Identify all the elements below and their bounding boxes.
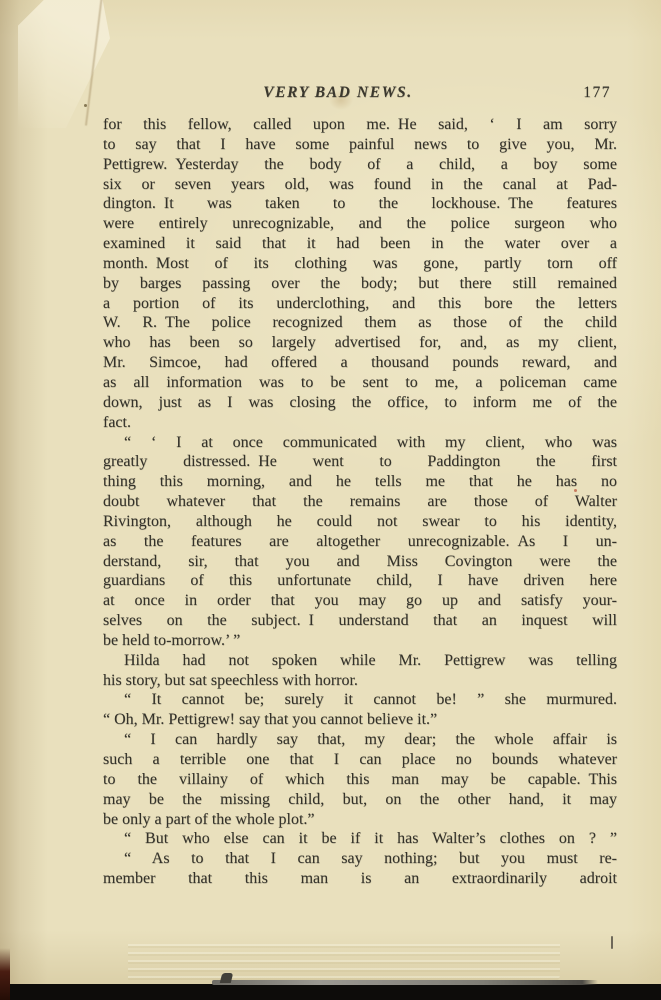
stacked-page-edges (128, 944, 560, 984)
page-header: VERY BAD NEWS. 177 (103, 84, 617, 106)
text-line: were entirely unrecognizable, and the po… (103, 214, 617, 234)
page-crease-line (85, 0, 103, 126)
text-line: Mr. Simcoe, had offered a thousand pound… (103, 353, 617, 373)
text-line: member that this man is an extraordinari… (103, 869, 617, 889)
text-line: may be the missing child, but, on the ot… (103, 790, 617, 810)
text-line: his story, but sat speechless with horro… (103, 671, 617, 691)
text-line: “ Oh, Mr. Pettigrew! say that you cannot… (103, 710, 617, 730)
running-head-title: VERY BAD NEWS. (81, 84, 595, 102)
text-line: to the villainy of which this man may be… (103, 770, 617, 790)
text-line: “ It cannot be; surely it cannot be! ” s… (103, 690, 617, 710)
text-line: W. R. The police recognized them as thos… (103, 313, 617, 333)
text-line: thing this morning, and he tells me that… (103, 472, 617, 492)
text-line: greatly distressed. He went to Paddingto… (103, 452, 617, 472)
text-line: Hilda had not spoken while Mr. Pettigrew… (103, 651, 617, 671)
small-mark (611, 936, 613, 949)
paragraph: Hilda had not spoken while Mr. Pettigrew… (103, 651, 617, 691)
paragraph: “ But who else can it be if it has Walte… (103, 829, 617, 849)
text-line: to say that I have some painful news to … (103, 135, 617, 155)
cover-corner (0, 948, 10, 1000)
text-line: down, just as I was closing the office, … (103, 393, 617, 413)
text-line: a portion of its underclothing, and this… (103, 294, 617, 314)
text-line: as all information was to be sent to me,… (103, 373, 617, 393)
paragraph: “ I can hardly say that, my dear; the wh… (103, 730, 617, 829)
text-line: “ ‘ I at once communicated with my clien… (103, 433, 617, 453)
paragraph: “ It cannot be; surely it cannot be! ” s… (103, 690, 617, 730)
text-line: at once in order that you may go up and … (103, 591, 617, 611)
text-line: selves on the subject. I understand that… (103, 611, 617, 631)
text-line: fact. (103, 413, 617, 433)
text-line: “ But who else can it be if it has Walte… (103, 829, 617, 849)
text-line: for this fellow, called upon me. He said… (103, 115, 617, 135)
text-line: examined it said that it had been in the… (103, 234, 617, 254)
book-edge-band (0, 984, 661, 1000)
paragraph: “ As to that I can say nothing; but you … (103, 849, 617, 889)
text-line: doubt whatever that the remains are thos… (103, 492, 617, 512)
book-edge-highlight (212, 980, 598, 985)
text-line: six or seven years old, was found in the… (103, 175, 617, 195)
paragraph: “ ‘ I at once communicated with my clien… (103, 433, 617, 651)
text-line: Pettigrew. Yesterday the body of a child… (103, 155, 617, 175)
text-line: “ I can hardly say that, my dear; the wh… (103, 730, 617, 750)
text-line: derstand, sir, that you and Miss Covingt… (103, 552, 617, 572)
text-line: as the features are altogether unrecogni… (103, 532, 617, 552)
text-line: be only a part of the whole plot.” (103, 810, 617, 830)
text-line: “ As to that I can say nothing; but you … (103, 849, 617, 869)
page-crease (18, 0, 110, 128)
text-line: who has been so largely advertised for, … (103, 333, 617, 353)
text-line: by barges passing over the body; but the… (103, 274, 617, 294)
text-line: Rivington, although he could not swear t… (103, 512, 617, 532)
paragraph: for this fellow, called upon me. He said… (103, 115, 617, 433)
text-line: such a terrible one that I can place no … (103, 750, 617, 770)
page-text: for this fellow, called upon me. He said… (103, 115, 617, 889)
page-number: 177 (583, 84, 611, 102)
text-line: dington. It was taken to the lockhouse. … (103, 194, 617, 214)
paper-speck (84, 104, 87, 107)
text-line: be held to-morrow.’ ” (103, 631, 617, 651)
book-page: VERY BAD NEWS. 177 for this fellow, call… (0, 0, 661, 1000)
text-line: guardians of this unfortunate child, I h… (103, 571, 617, 591)
text-line: month. Most of its clothing was gone, pa… (103, 254, 617, 274)
